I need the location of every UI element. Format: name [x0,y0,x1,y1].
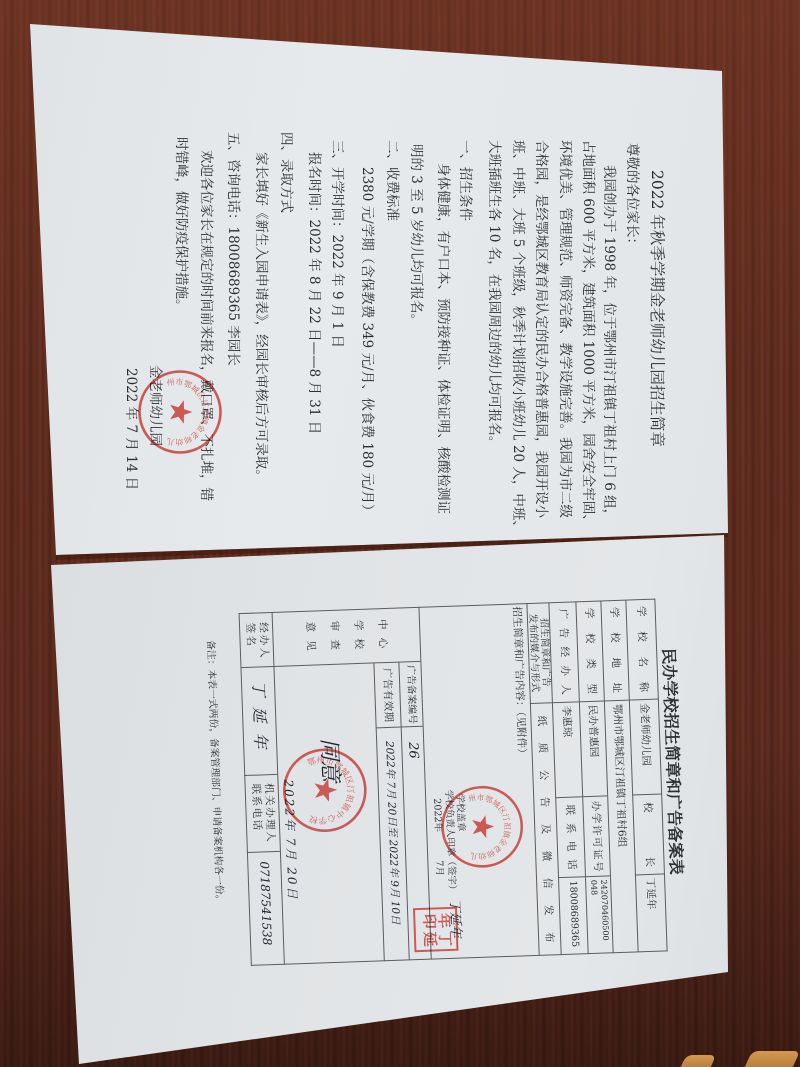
label-review: 中心学校审查意见 [272,607,421,667]
label-ad-agent: 广告经办人 [548,601,579,703]
admission-notice: 2022 年秋季学期金老师幼儿园招生简章 尊敬的各位家长： 我园创办于 1998… [90,100,690,540]
section-line: 身体健康，有户口本、预防接种证、体检证明、核酸检测证 [433,163,453,514]
intro-line: 我园创办于 1998 年，位于鄂州市汀祖镇丁祖村上门 6 组， [599,165,619,522]
label-filing-number: 广告备案编号 [398,662,422,728]
section-line: 明的 3 至 5 岁幼儿均可报名。 [406,144,426,327]
label-license: 办学许可证号 [582,796,610,877]
section-heading-admission-requirements: 一、招生条件 [455,140,475,221]
label-handler-signature: 经办人签名 [239,612,274,668]
section-line: 报名时间：2022 年 8 月 22 日——8 月 31 日 [304,152,324,434]
section-line: 家长填好《新生入园申请表》，经园长审核后方可录取。 [251,152,271,483]
kindergarten-seal: 鄂州市鄂城区汀祖镇金老师幼儿园 [136,368,224,456]
form-note: 备注：本表一式两份，备案管理部门、申请备案机构各一份。 [205,640,228,905]
intro-line: 班、中班、大班 5 个班级，秋季计划招收小班幼儿 20 人，中班、 [508,140,528,534]
value-school-type: 民办普惠园 [579,701,607,797]
section-heading-admission-method: 四、录取方式 [276,132,296,213]
value-ad-agent: 李惠琼 [552,702,582,798]
star-icon [472,815,495,839]
review-opinion-handwritten: 同意 [315,737,348,782]
section-heading-fees: 二、收费标准 [382,140,402,221]
principal-handwritten-signature: 丁延年 [447,898,467,938]
label-school-name: 学校名称 [625,599,659,701]
value-school-name: 金老师幼儿园 [629,700,662,796]
yellow-object-edge [744,1051,800,1067]
label-principal: 校长 [632,794,665,875]
value-principal: 丁延年 [635,874,668,952]
value-handler-signature: 丁延年 [240,667,277,776]
section-heading-contact: 五、咨询电话：18008689365 李园长 [223,132,243,366]
intro-line: 占地面积 600 平方米，建筑面积 1000 平方米，园舍安全牢固、 [578,140,598,528]
value-officer-phone: 07187541538 [247,852,284,966]
notice-title: 2022 年秋季学期金老师幼儿园招生简章 [647,170,667,447]
value-license: 242070460500048 [585,876,613,954]
label-validity: 广告有效期 [373,663,400,729]
intro-line: 合格园，是经鄂城区教育局认定的民办合格普惠园，我园开设小 [531,140,551,518]
label-media: 招生简章和广告发布的媒介与形式 [526,602,552,704]
value-contact-phone: 18008689365 [558,877,588,955]
notice-greeting: 尊敬的各位家长： [622,143,642,251]
section-line: 2380 元/学期（含保教费 349 元/月、伙食费 180 元/月） [357,167,377,518]
content-label: 招生简章和广告内容：（见附件） [511,606,528,759]
star-icon [170,400,192,423]
content-date: 2022年 7月 [431,798,448,876]
intro-line: 环境优美、管理规范、师资完备、教学设施完善。我园为市二级 [555,140,575,518]
section-heading-start-date: 三、开学时间：2022 年 9 月 1 日 [327,140,347,348]
label-address: 学校地址 [600,600,629,702]
intro-line: 大班插班生各 10 名，在我园周边的幼儿均可报名。 [484,140,504,449]
yellow-object-edge [680,1055,717,1067]
label-officer-phone: 机关办理人联系电话 [244,775,280,853]
section-line: 时错峰，做好防疫保护措施。 [171,137,191,313]
label-school-type: 学校类型 [575,601,604,703]
label-contact-phone: 联系电话 [555,797,585,878]
filing-form: 民办学校招生简章和广告备案表 学校名称 金老师幼儿园 校长 丁延年 学校地址 鄂… [180,560,714,998]
